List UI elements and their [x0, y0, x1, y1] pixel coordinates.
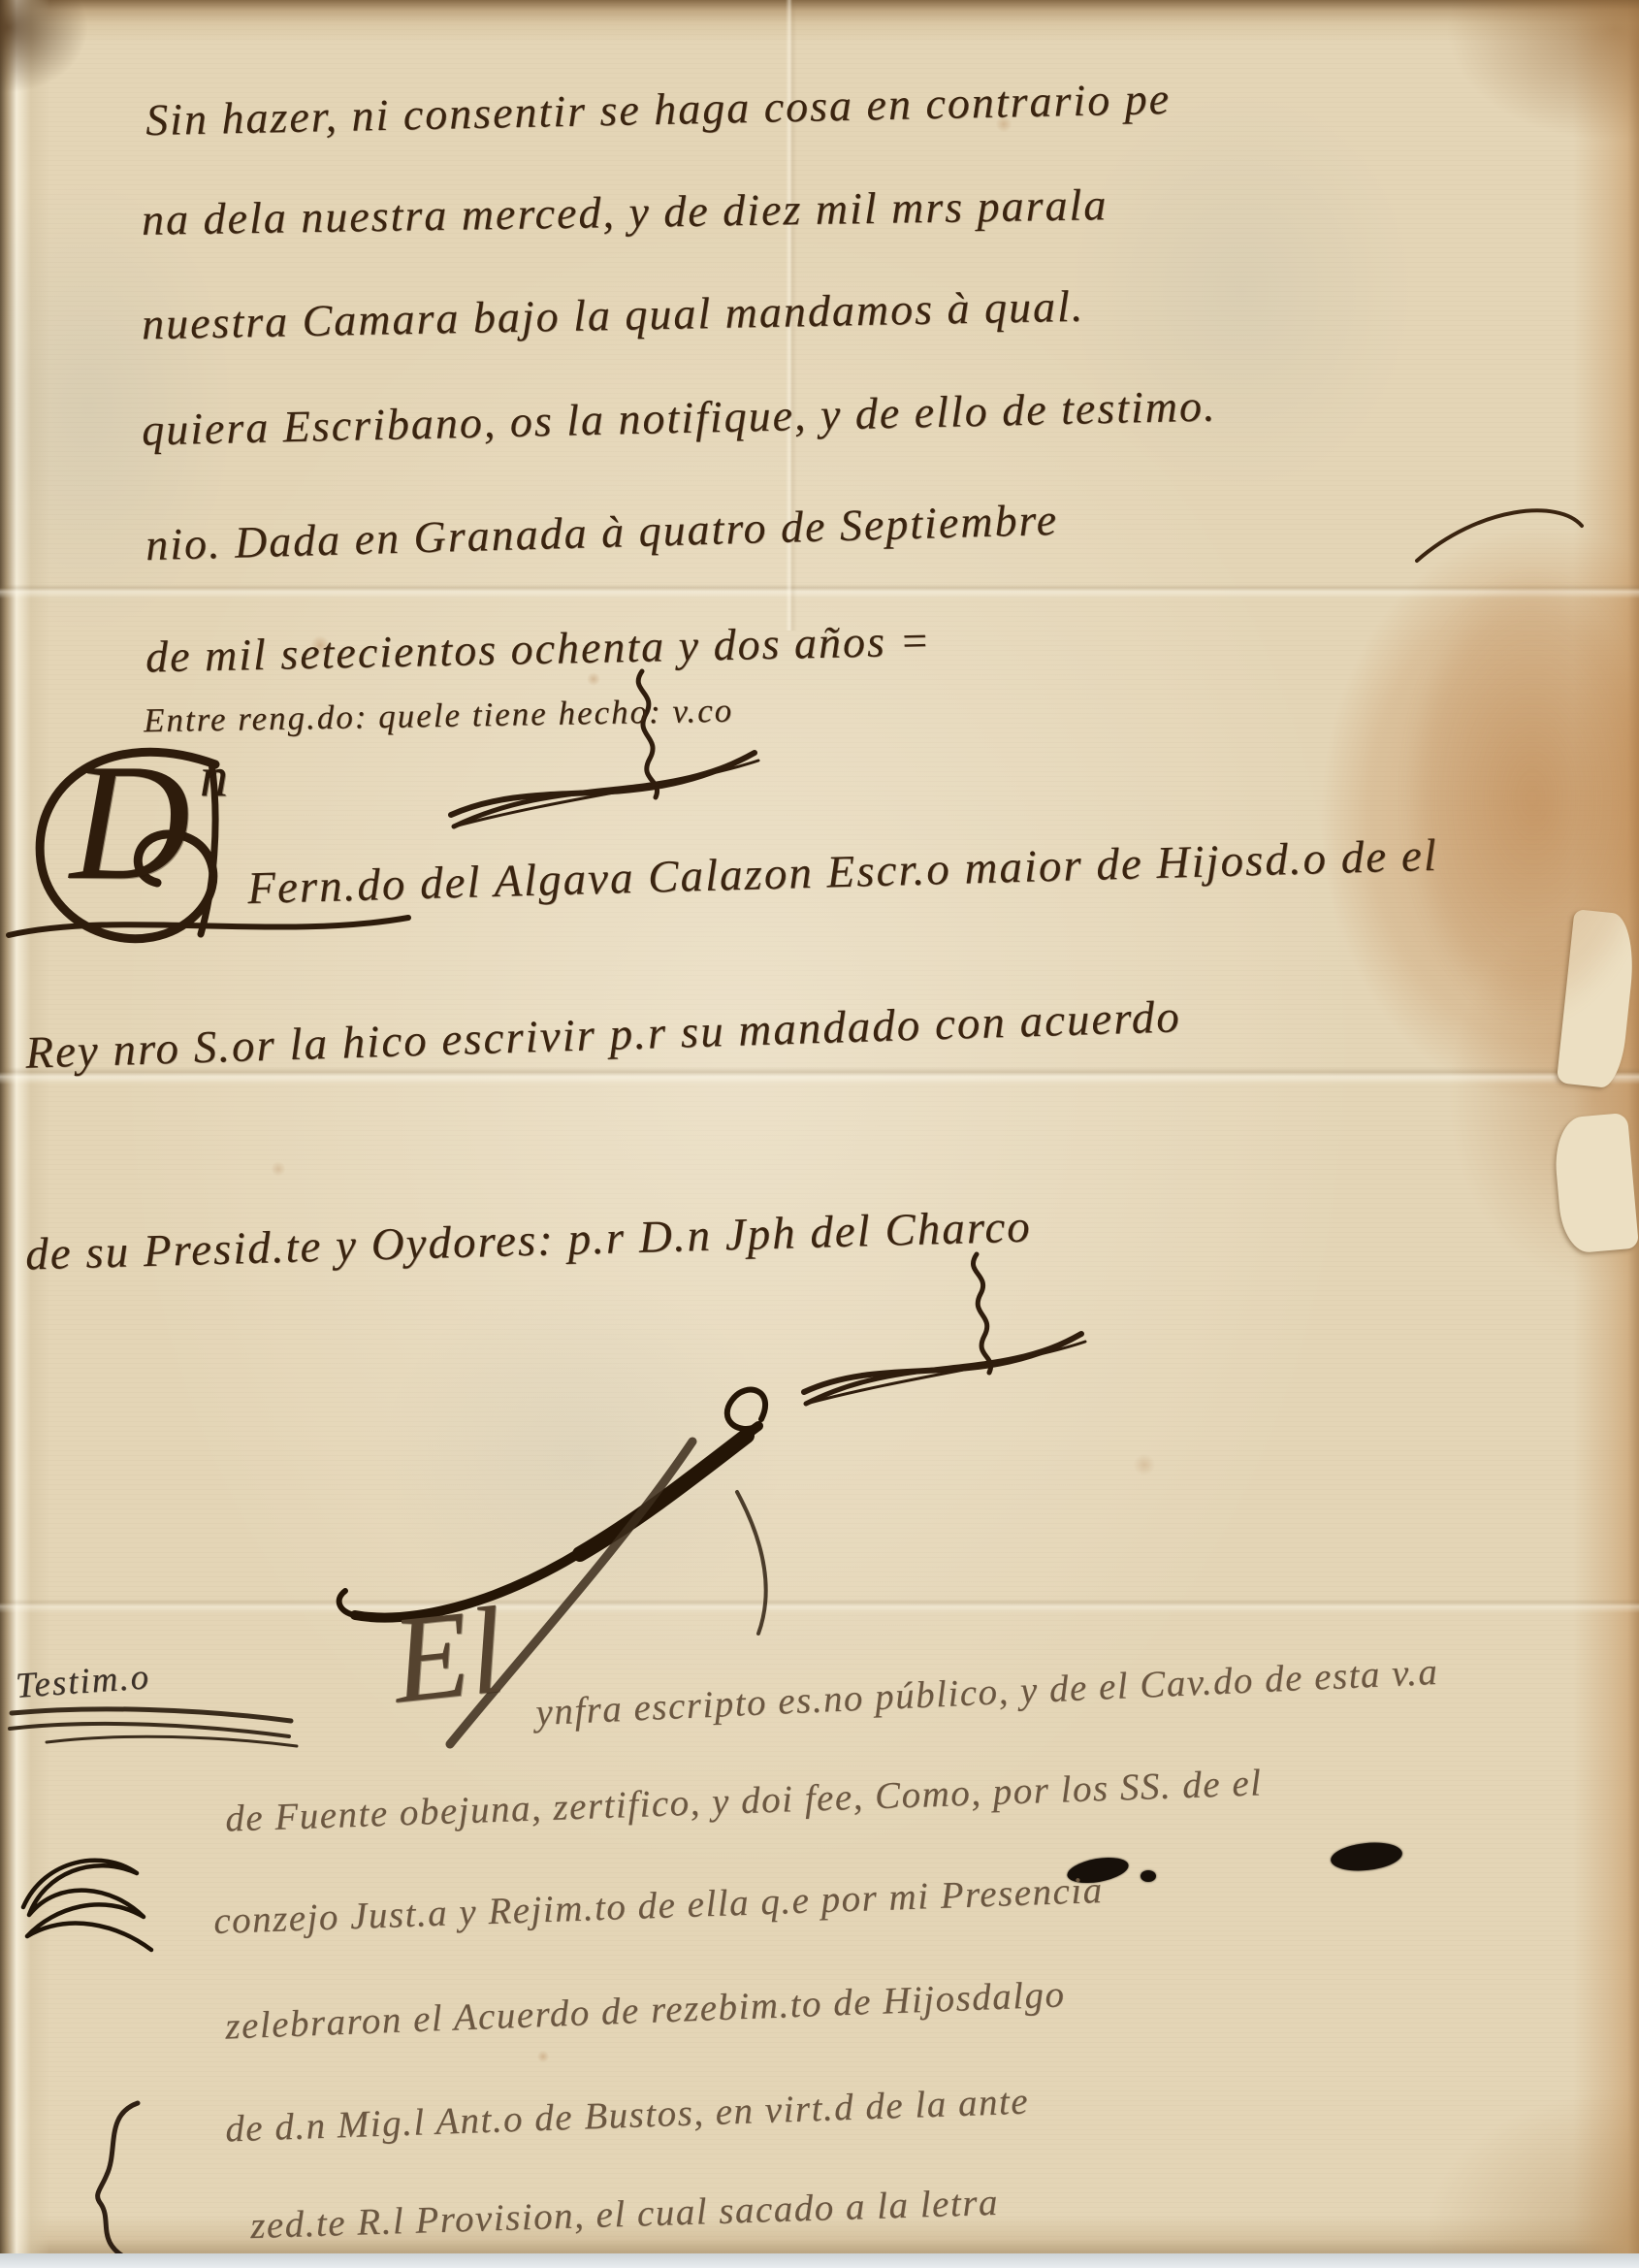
initial-letters-el: El: [387, 1587, 510, 1722]
ink-blot: [1330, 1839, 1404, 1874]
secretary-line-1: Fern.do del Algava Calazon Escr.o maior …: [246, 829, 1438, 915]
manuscript-page: { "page": { "kind": "handwritten manuscr…: [0, 0, 1639, 2268]
manuscript-line-5: nio. Dada en Granada à quatro de Septiem…: [145, 494, 1058, 570]
testimony-line-4: zelebraron el Acuerdo de rezebim.to de H…: [224, 1972, 1066, 2048]
secretary-line-2: Rey nro S.or la hico escrivir p.r su man…: [24, 990, 1181, 1079]
ink-blot: [1141, 1870, 1156, 1882]
initial-letter-d: D: [70, 739, 190, 906]
margin-note-testimonio: Testim.o: [15, 1656, 152, 1707]
initial-letter-n-superscript: n: [200, 749, 228, 805]
testimony-line-6: zed.te R.l Provision, el cual sacado a l…: [249, 2181, 999, 2248]
manuscript-line-2: na dela nuestra merced, y de diez mil mr…: [142, 178, 1109, 245]
testimony-line-2: de Fuente obejuna, zertifico, y doi fee,…: [225, 1761, 1264, 1840]
secretary-rubric-flourish: [790, 1247, 1101, 1426]
manuscript-line-4: quiera Escribano, os la notifique, y de …: [142, 379, 1217, 455]
torn-edge: [1557, 909, 1638, 1089]
notary-rubric-flourish: [436, 660, 776, 849]
scanner-background-strip: [0, 2253, 1639, 2268]
manuscript-line-3: nuestra Camara bajo la qual mandamos à q…: [142, 280, 1085, 350]
manuscript-line-1: Sin hazer, ni consentir se haga cosa en …: [145, 73, 1172, 146]
manuscript-line-6: de mil setecientos ochenta y dos años =: [145, 615, 932, 683]
testimony-line-5: de d.n Mig.l Ant.o de Bustos, en virt.d …: [224, 2080, 1029, 2152]
testimony-line-3: conzejo Just.a y Rejim.to de ella q.e po…: [212, 1868, 1104, 1943]
line-end-swash: [1411, 485, 1605, 577]
margin-curly-brace: [78, 2097, 167, 2268]
torn-edge: [1552, 1113, 1639, 1254]
margin-note-underline: [8, 1703, 304, 1752]
ink-scribble-knot: [16, 1839, 166, 1970]
